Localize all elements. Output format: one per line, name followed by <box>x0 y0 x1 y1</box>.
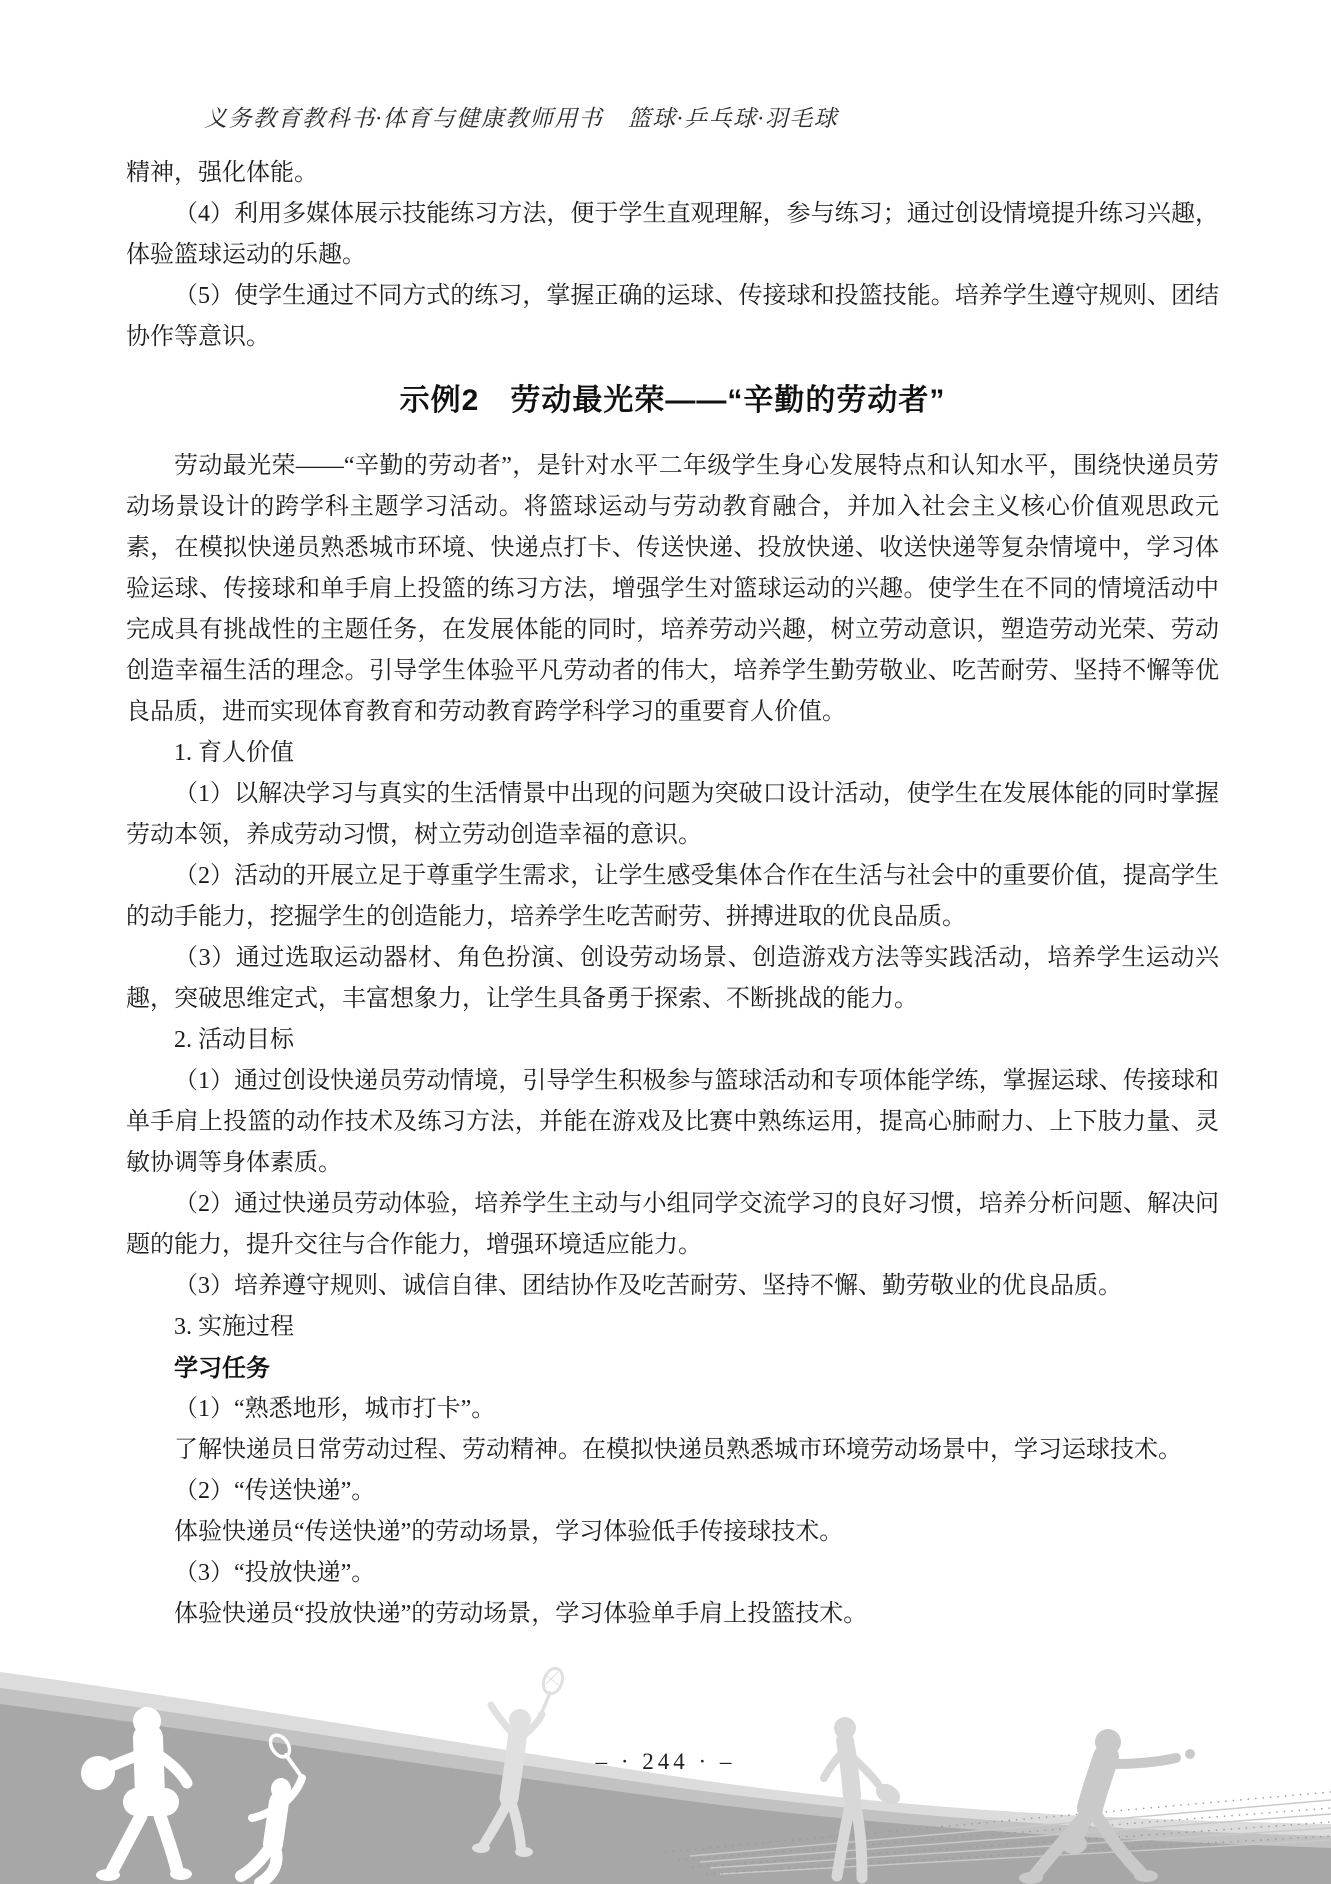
paragraph: 3. 实施过程 <box>126 1307 1219 1348</box>
paragraph: 精神，强化体能。 <box>126 153 1219 194</box>
paragraph: （4）利用多媒体展示技能练习方法，便于学生直观理解，参与练习；通过创设情境提升练… <box>126 194 1219 276</box>
paragraph: （2）“传送快递”。 <box>126 1471 1219 1512</box>
page-number: – · 244 · – <box>0 1749 1331 1775</box>
paragraph: 劳动最光荣——“辛勤的劳动者”，是针对水平二年级学生身心发展特点和认知水平，围绕… <box>126 446 1219 733</box>
sub-heading: 学习任务 <box>126 1348 1219 1389</box>
paragraph: （2）通过快递员劳动体验，培养学生主动与小组同学交流学习的良好习惯，培养分析问题… <box>126 1184 1219 1266</box>
paragraph: 2. 活动目标 <box>126 1020 1219 1061</box>
book-page: 义务教育教科书·体育与健康教师用书 篮球·乒乓球·羽毛球 精神，强化体能。（4）… <box>0 0 1331 1884</box>
paragraph: （1）通过创设快递员劳动情境，引导学生积极参与篮球活动和专项体能学练，掌握运球、… <box>126 1061 1219 1184</box>
paragraph: （1）以解决学习与真实的生活情景中出现的问题为突破口设计活动，使学生在发展体能的… <box>126 774 1219 856</box>
section-heading: 示例2 劳动最光荣——“辛勤的劳动者” <box>126 378 1219 424</box>
running-head: 义务教育教科书·体育与健康教师用书 篮球·乒乓球·羽毛球 <box>204 102 904 136</box>
paragraph: 体验快递员“传送快递”的劳动场景，学习体验低手传接球技术。 <box>126 1512 1219 1553</box>
paragraph: （1）“熟悉地形，城市打卡”。 <box>126 1389 1219 1430</box>
paragraph: （3）培养遵守规则、诚信自律、团结协作及吃苦耐劳、坚持不懈、勤劳敬业的优良品质。 <box>126 1266 1219 1307</box>
paragraph: 1. 育人价值 <box>126 733 1219 774</box>
paragraph: （2）活动的开展立足于尊重学生需求，让学生感受集体合作在生活与社会中的重要价值，… <box>126 856 1219 938</box>
paragraph: （3）通过选取运动器材、角色扮演、创设劳动场景、创造游戏方法等实践活动，培养学生… <box>126 938 1219 1020</box>
document-body: 精神，强化体能。（4）利用多媒体展示技能练习方法，便于学生直观理解，参与练习；通… <box>126 153 1219 1635</box>
paragraph: 了解快递员日常劳动过程、劳动精神。在模拟快递员熟悉城市环境劳动场景中，学习运球技… <box>126 1430 1219 1471</box>
paragraph: （5）使学生通过不同方式的练习，掌握正确的运球、传接球和投篮技能。培养学生遵守规… <box>126 276 1219 358</box>
paragraph: （3）“投放快递”。 <box>126 1553 1219 1594</box>
